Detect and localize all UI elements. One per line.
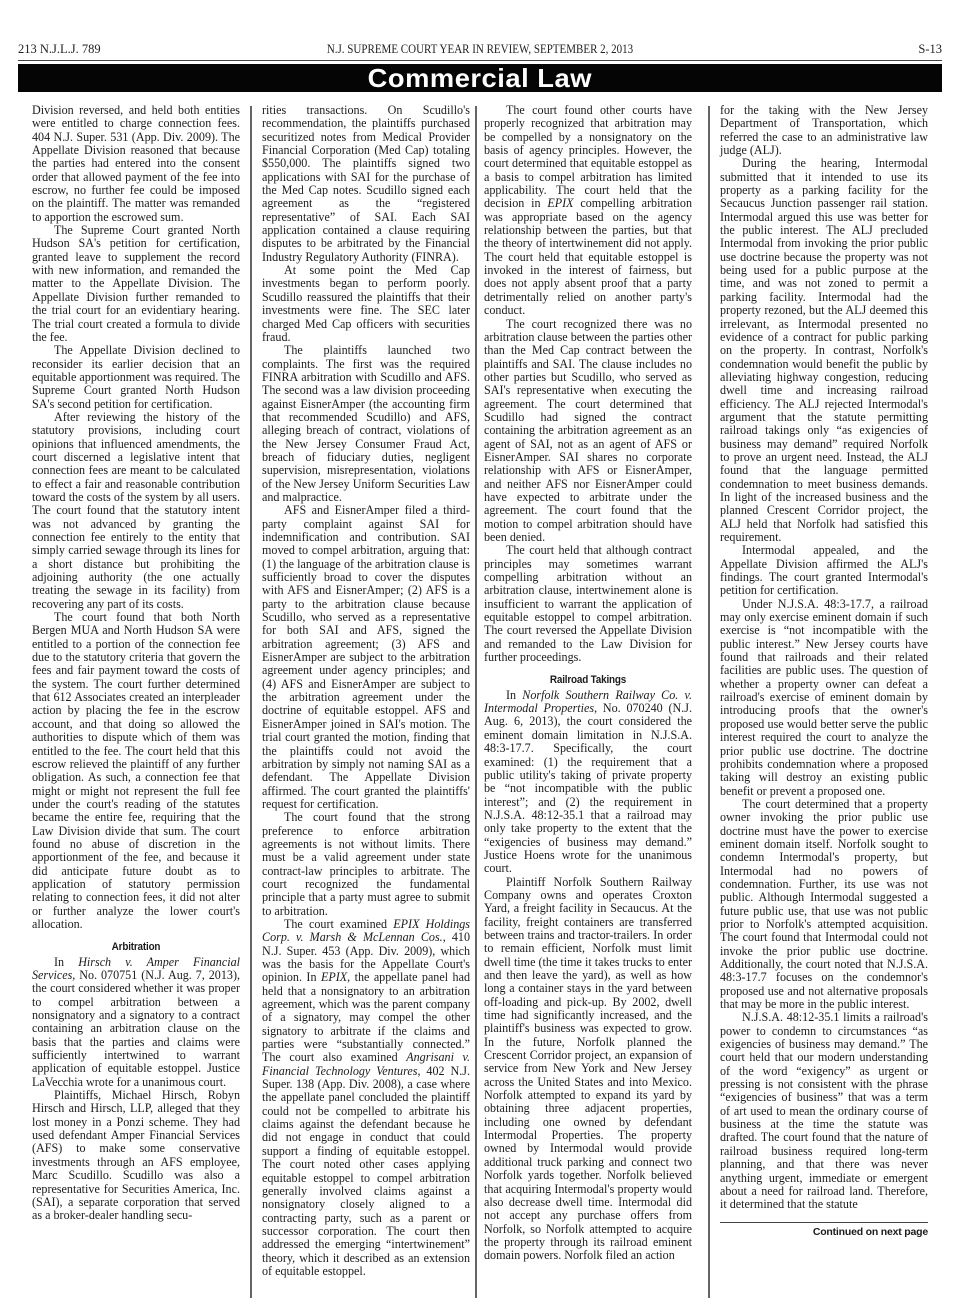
text: In	[54, 955, 78, 969]
paragraph: for the taking with the New Jersey Depar…	[720, 104, 928, 157]
citation: 213 N.J.L.J. 789	[18, 42, 101, 57]
text: , 402 N.J. Super. 138 (App. Div. 2008), …	[262, 1064, 470, 1278]
column-divider	[475, 106, 477, 1298]
paragraph: The court determined that a property own…	[720, 798, 928, 1012]
column-2: rities transactions. On Scudillo's recom…	[262, 104, 470, 1278]
paragraph: After reviewing the history of the statu…	[32, 411, 240, 611]
paragraph: The court recognized there was no arbitr…	[484, 318, 692, 545]
text: The court examined	[284, 917, 393, 931]
column-4: for the taking with the New Jersey Depar…	[720, 104, 928, 1239]
paragraph: The court examined EPIX Holdings Corp. v…	[262, 918, 470, 1278]
text: compelling arbitration was appropriate b…	[484, 196, 692, 317]
paragraph: In Norfolk Southern Railway Co. v. Inter…	[484, 689, 692, 876]
paragraph: The Appellate Division declined to recon…	[32, 344, 240, 411]
paragraph: The court found other courts have proper…	[484, 104, 692, 318]
text: The court found other courts have proper…	[484, 103, 692, 210]
case-name: EPIX	[547, 196, 573, 210]
paragraph: Division reversed, and held both entitie…	[32, 104, 240, 224]
paragraph: The plaintiffs launched two complaints. …	[262, 344, 470, 504]
paragraph: The court found that both North Bergen M…	[32, 611, 240, 931]
running-head: 213 N.J.L.J. 789 N.J. SUPREME COURT YEAR…	[18, 40, 942, 61]
page-number: S-13	[918, 42, 942, 57]
paragraph: At some point the Med Cap investments be…	[262, 264, 470, 344]
paragraph: AFS and EisnerAmper filed a third-party …	[262, 504, 470, 811]
column-divider	[250, 106, 252, 1298]
publication-title: N.J. SUPREME COURT YEAR IN REVIEW, SEPTE…	[327, 42, 633, 57]
paragraph: Under N.J.S.A. 48:3-17.7, a railroad may…	[720, 598, 928, 798]
text: , No. 070240 (N.J. Aug. 6, 2013), the co…	[484, 701, 692, 875]
case-name: EPIX	[321, 970, 347, 984]
paragraph: Plaintiffs, Michael Hirsch, Robyn Hirsch…	[32, 1089, 240, 1222]
paragraph: The court found that the strong preferen…	[262, 811, 470, 918]
paragraph: Plaintiff Norfolk Southern Railway Compa…	[484, 876, 692, 1263]
paragraph: In Hirsch v. Amper Financial Services, N…	[32, 956, 240, 1089]
continued-link[interactable]: Continued on next page	[720, 1226, 928, 1239]
column-1: Division reversed, and held both entitie…	[32, 104, 240, 1223]
section-banner: Commercial Law	[18, 64, 942, 92]
paragraph: The Supreme Court granted North Hudson S…	[32, 224, 240, 344]
paragraph: The court held that although contract pr…	[484, 544, 692, 664]
article-body: Division reversed, and held both entitie…	[32, 104, 930, 1299]
column-3: The court found other courts have proper…	[484, 104, 692, 1263]
paragraph: N.J.S.A. 48:12-35.1 limits a railroad's …	[720, 1011, 928, 1211]
text: , No. 070751 (N.J. Aug. 7, 2013), the co…	[32, 968, 240, 1089]
section-title: Commercial Law	[368, 63, 592, 94]
paragraph: rities transactions. On Scudillo's recom…	[262, 104, 470, 264]
subheading-railroad-takings: Railroad Takings	[494, 674, 681, 687]
column-divider	[708, 106, 710, 1298]
footer-divider	[720, 1222, 928, 1223]
paragraph: Intermodal appealed, and the Appellate D…	[720, 544, 928, 597]
subheading-arbitration: Arbitration	[42, 941, 229, 954]
paragraph: During the hearing, Intermodal submitted…	[720, 157, 928, 544]
text: In	[506, 688, 522, 702]
